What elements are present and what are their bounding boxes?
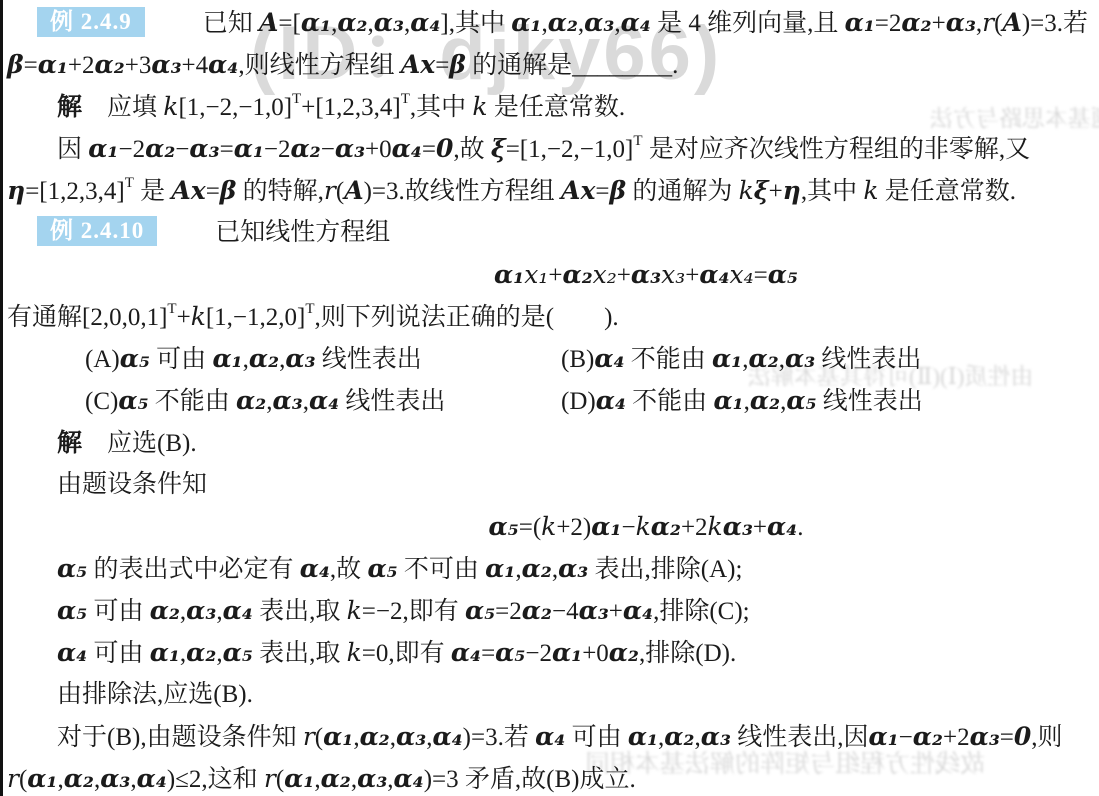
page-border-rule [0, 0, 3, 796]
text-line: 例 2.4.10已知线性方程组 [3, 212, 1099, 254]
page: (ID：djky66) 解题基本思路与方法 由性质(Ⅰ)(Ⅱ)可得其基本解法 故… [0, 0, 1099, 796]
example-badge: 例 2.4.9 [37, 7, 145, 37]
options-row: (C)α₅ 不能由 α₂,α₃,α₄ 线性表出(D)α₄ 不能由 α₁,α₂,α… [3, 380, 1099, 422]
text-line: η=[1,2,3,4]T 是 Ax=β 的特解,r(A)=3.故线性方程组 Ax… [3, 170, 1099, 212]
example-badge: 例 2.4.10 [37, 216, 157, 246]
option: (C)α₅ 不能由 α₂,α₃,α₄ 线性表出 [3, 380, 445, 423]
text-line: 对于(B),由题设条件知 r(α₁,α₂,α₃,α₄)=3.若 α₄ 可由 α₁… [3, 716, 1099, 758]
text-line: r(α₁,α₂,α₃,α₄)≤2,这和 r(α₁,α₂,α₃,α₄)=3 矛盾,… [3, 758, 1099, 796]
text-line: 例 2.4.9已知 A=[α₁,α₂,α₃,α₄],其中 α₁,α₂,α₃,α₄… [3, 2, 1099, 44]
text-line: 由题设条件知 [3, 464, 1099, 506]
option: (B)α₄ 不能由 α₁,α₂,α₃ 线性表出 [561, 338, 921, 381]
text-line: 解 应选(B). [3, 422, 1099, 464]
option: (D)α₄ 不能由 α₁,α₂,α₅ 线性表出 [561, 380, 923, 423]
text-line: 因 α₁−2α₂−α₃=α₁−2α₂−α₃+0α₄=0,故 ξ=[1,−2,−1… [3, 128, 1099, 170]
options-row: (A)α₅ 可由 α₁,α₂,α₃ 线性表出(B)α₄ 不能由 α₁,α₂,α₃… [3, 338, 1099, 380]
text-line: β=α₁+2α₂+3α₃+4α₄,则线性方程组 Ax=β 的通解是_______… [3, 44, 1099, 86]
text-line: α₅ 的表出式中必定有 α₄,故 α₅ 不可由 α₁,α₂,α₃ 表出,排除(A… [3, 548, 1099, 590]
option: (A)α₅ 可由 α₁,α₂,α₃ 线性表出 [3, 338, 422, 381]
text-line: 有通解[2,0,0,1]T+k[1,−1,2,0]T,则下列说法正确的是( ). [3, 296, 1099, 338]
equation-line: α₁x₁+α₂x₂+α₃x₃+α₄x₄=α₅ [98, 254, 1099, 296]
equation-line: α₅=(k+2)α₁−kα₂+2kα₃+α₄. [98, 506, 1099, 548]
text-line: 解 应填 k[1,−2,−1,0]T+[1,2,3,4]T,其中 k 是任意常数… [3, 86, 1099, 128]
text-line: 由排除法,应选(B). [3, 674, 1099, 716]
content: 例 2.4.9已知 A=[α₁,α₂,α₃,α₄],其中 α₁,α₂,α₃,α₄… [3, 2, 1099, 796]
text-line: α₅ 可由 α₂,α₃,α₄ 表出,取 k=−2,即有 α₅=2α₂−4α₃+α… [3, 590, 1099, 632]
text-line: α₄ 可由 α₁,α₂,α₅ 表出,取 k=0,即有 α₄=α₅−2α₁+0α₂… [3, 632, 1099, 674]
